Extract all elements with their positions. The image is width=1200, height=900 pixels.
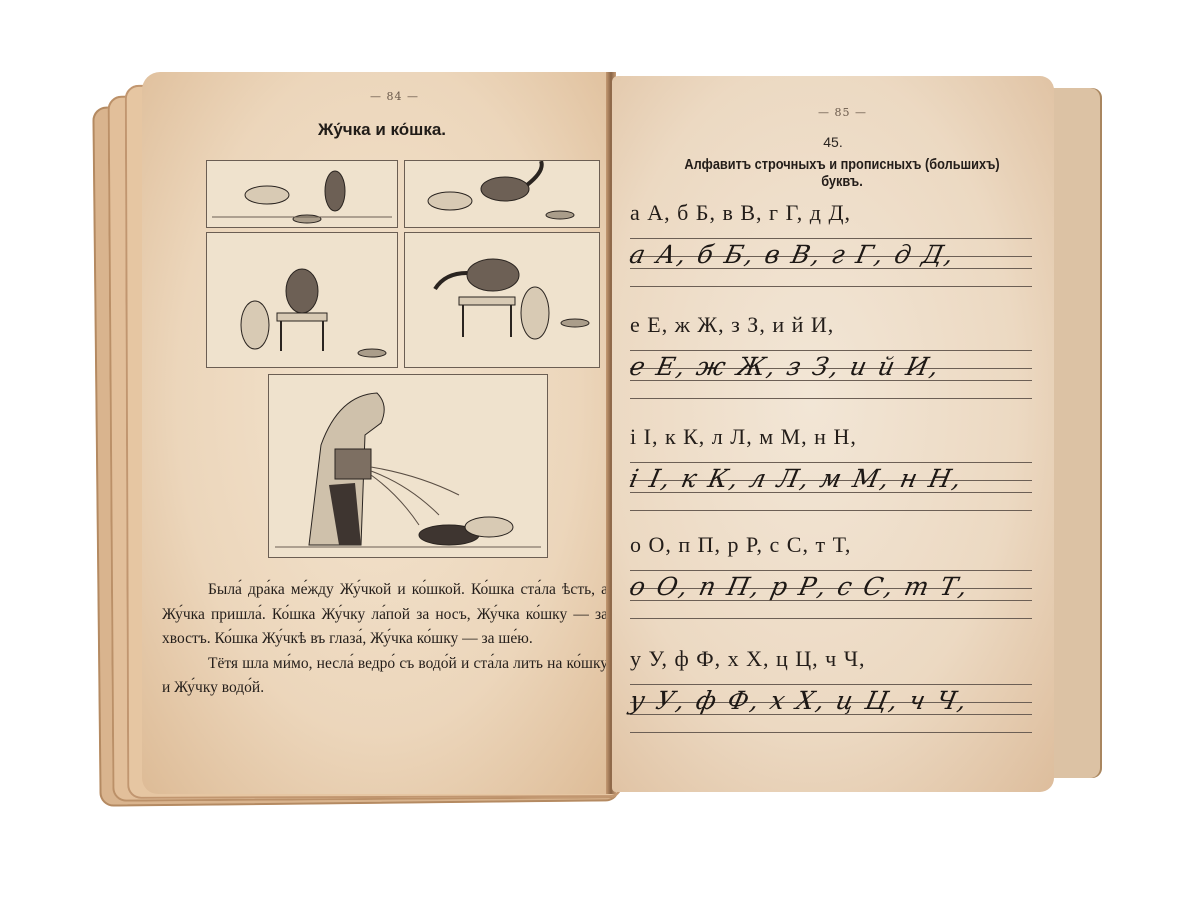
dog-cat-bowl-icon xyxy=(207,161,397,227)
woman-pouring-water-icon xyxy=(269,375,547,557)
cursive-letters: у У, ф Ф, х Х, ц Ц, ч Ч, xyxy=(627,686,971,715)
printed-letters: у У, ф Ф, х Х, ц Ц, ч Ч, xyxy=(630,646,1032,672)
alphabet-title: Алфавитъ строчныхъ и прописныхъ (больших… xyxy=(664,156,1021,190)
cursive-letters-block: а А, б Б, в В, г Г, д Д, xyxy=(630,230,1032,286)
page-number: — 84 — xyxy=(370,90,419,103)
alphabet-row-4: о О, п П, р Р, с С, т Т, о О, п П, р Р, … xyxy=(630,532,1032,618)
story-text: Была́ дра́ка ме́жду Жу́чкой и ко́шкой. К… xyxy=(162,578,608,701)
cat-dog-fight-icon xyxy=(405,233,599,367)
cursive-letters: о О, п П, р Р, с С, т Т, xyxy=(627,572,972,601)
cursive-letters: е Е, ж Ж, з З, и й И, xyxy=(627,352,943,381)
printed-letters: о О, п П, р Р, с С, т Т, xyxy=(630,532,1032,558)
illustration-panel-1 xyxy=(206,160,398,228)
cursive-letters: і І, к К, л Л, м М, н Н, xyxy=(627,464,966,493)
lesson-number: 45. xyxy=(612,134,1054,150)
alphabet-row-1: а А, б Б, в В, г Г, д Д, а А, б Б, в В, … xyxy=(630,200,1032,286)
illustration-panel-5 xyxy=(268,374,548,558)
story-paragraph-1: Была́ дра́ка ме́жду Жу́чкой и ко́шкой. К… xyxy=(162,578,608,652)
alphabet-row-2: е Е, ж Ж, з З, и й И, е Е, ж Ж, з З, и й… xyxy=(630,312,1032,398)
story-paragraph-2: Тётя шла ми́мо, несла́ ведро́ съ водо́й … xyxy=(162,652,608,701)
left-page: — 84 — Жу́чка и ко́шка. xyxy=(142,72,614,794)
cursive-letters-block: е Е, ж Ж, з З, и й И, xyxy=(630,342,1032,398)
illustration-panel-4 xyxy=(404,232,600,368)
cursive-letters-block: і І, к К, л Л, м М, н Н, xyxy=(630,454,1032,510)
illustration-panel-2 xyxy=(404,160,600,228)
cursive-letters: а А, б Б, в В, г Г, д Д, xyxy=(627,240,958,269)
alphabet-row-3: і І, к К, л Л, м М, н Н, і І, к К, л Л, … xyxy=(630,424,1032,510)
cat-on-stool-icon xyxy=(207,233,397,367)
illustration-panel-3 xyxy=(206,232,398,368)
page-number: — 85 — xyxy=(818,106,867,119)
story-title: Жу́чка и ко́шка. xyxy=(312,120,452,140)
printed-letters: і І, к К, л Л, м М, н Н, xyxy=(630,424,1032,450)
cursive-letters-block: о О, п П, р Р, с С, т Т, xyxy=(630,562,1032,618)
printed-letters: е Е, ж Ж, з З, и й И, xyxy=(630,312,1032,338)
alphabet-row-5: у У, ф Ф, х Х, ц Ц, ч Ч, у У, ф Ф, х Х, … xyxy=(630,646,1032,732)
cat-hissing-icon xyxy=(405,161,599,227)
printed-letters: а А, б Б, в В, г Г, д Д, xyxy=(630,200,1032,226)
cursive-letters-block: у У, ф Ф, х Х, ц Ц, ч Ч, xyxy=(630,676,1032,732)
right-page: — 85 — 45. Алфавитъ строчныхъ и прописны… xyxy=(612,76,1054,792)
